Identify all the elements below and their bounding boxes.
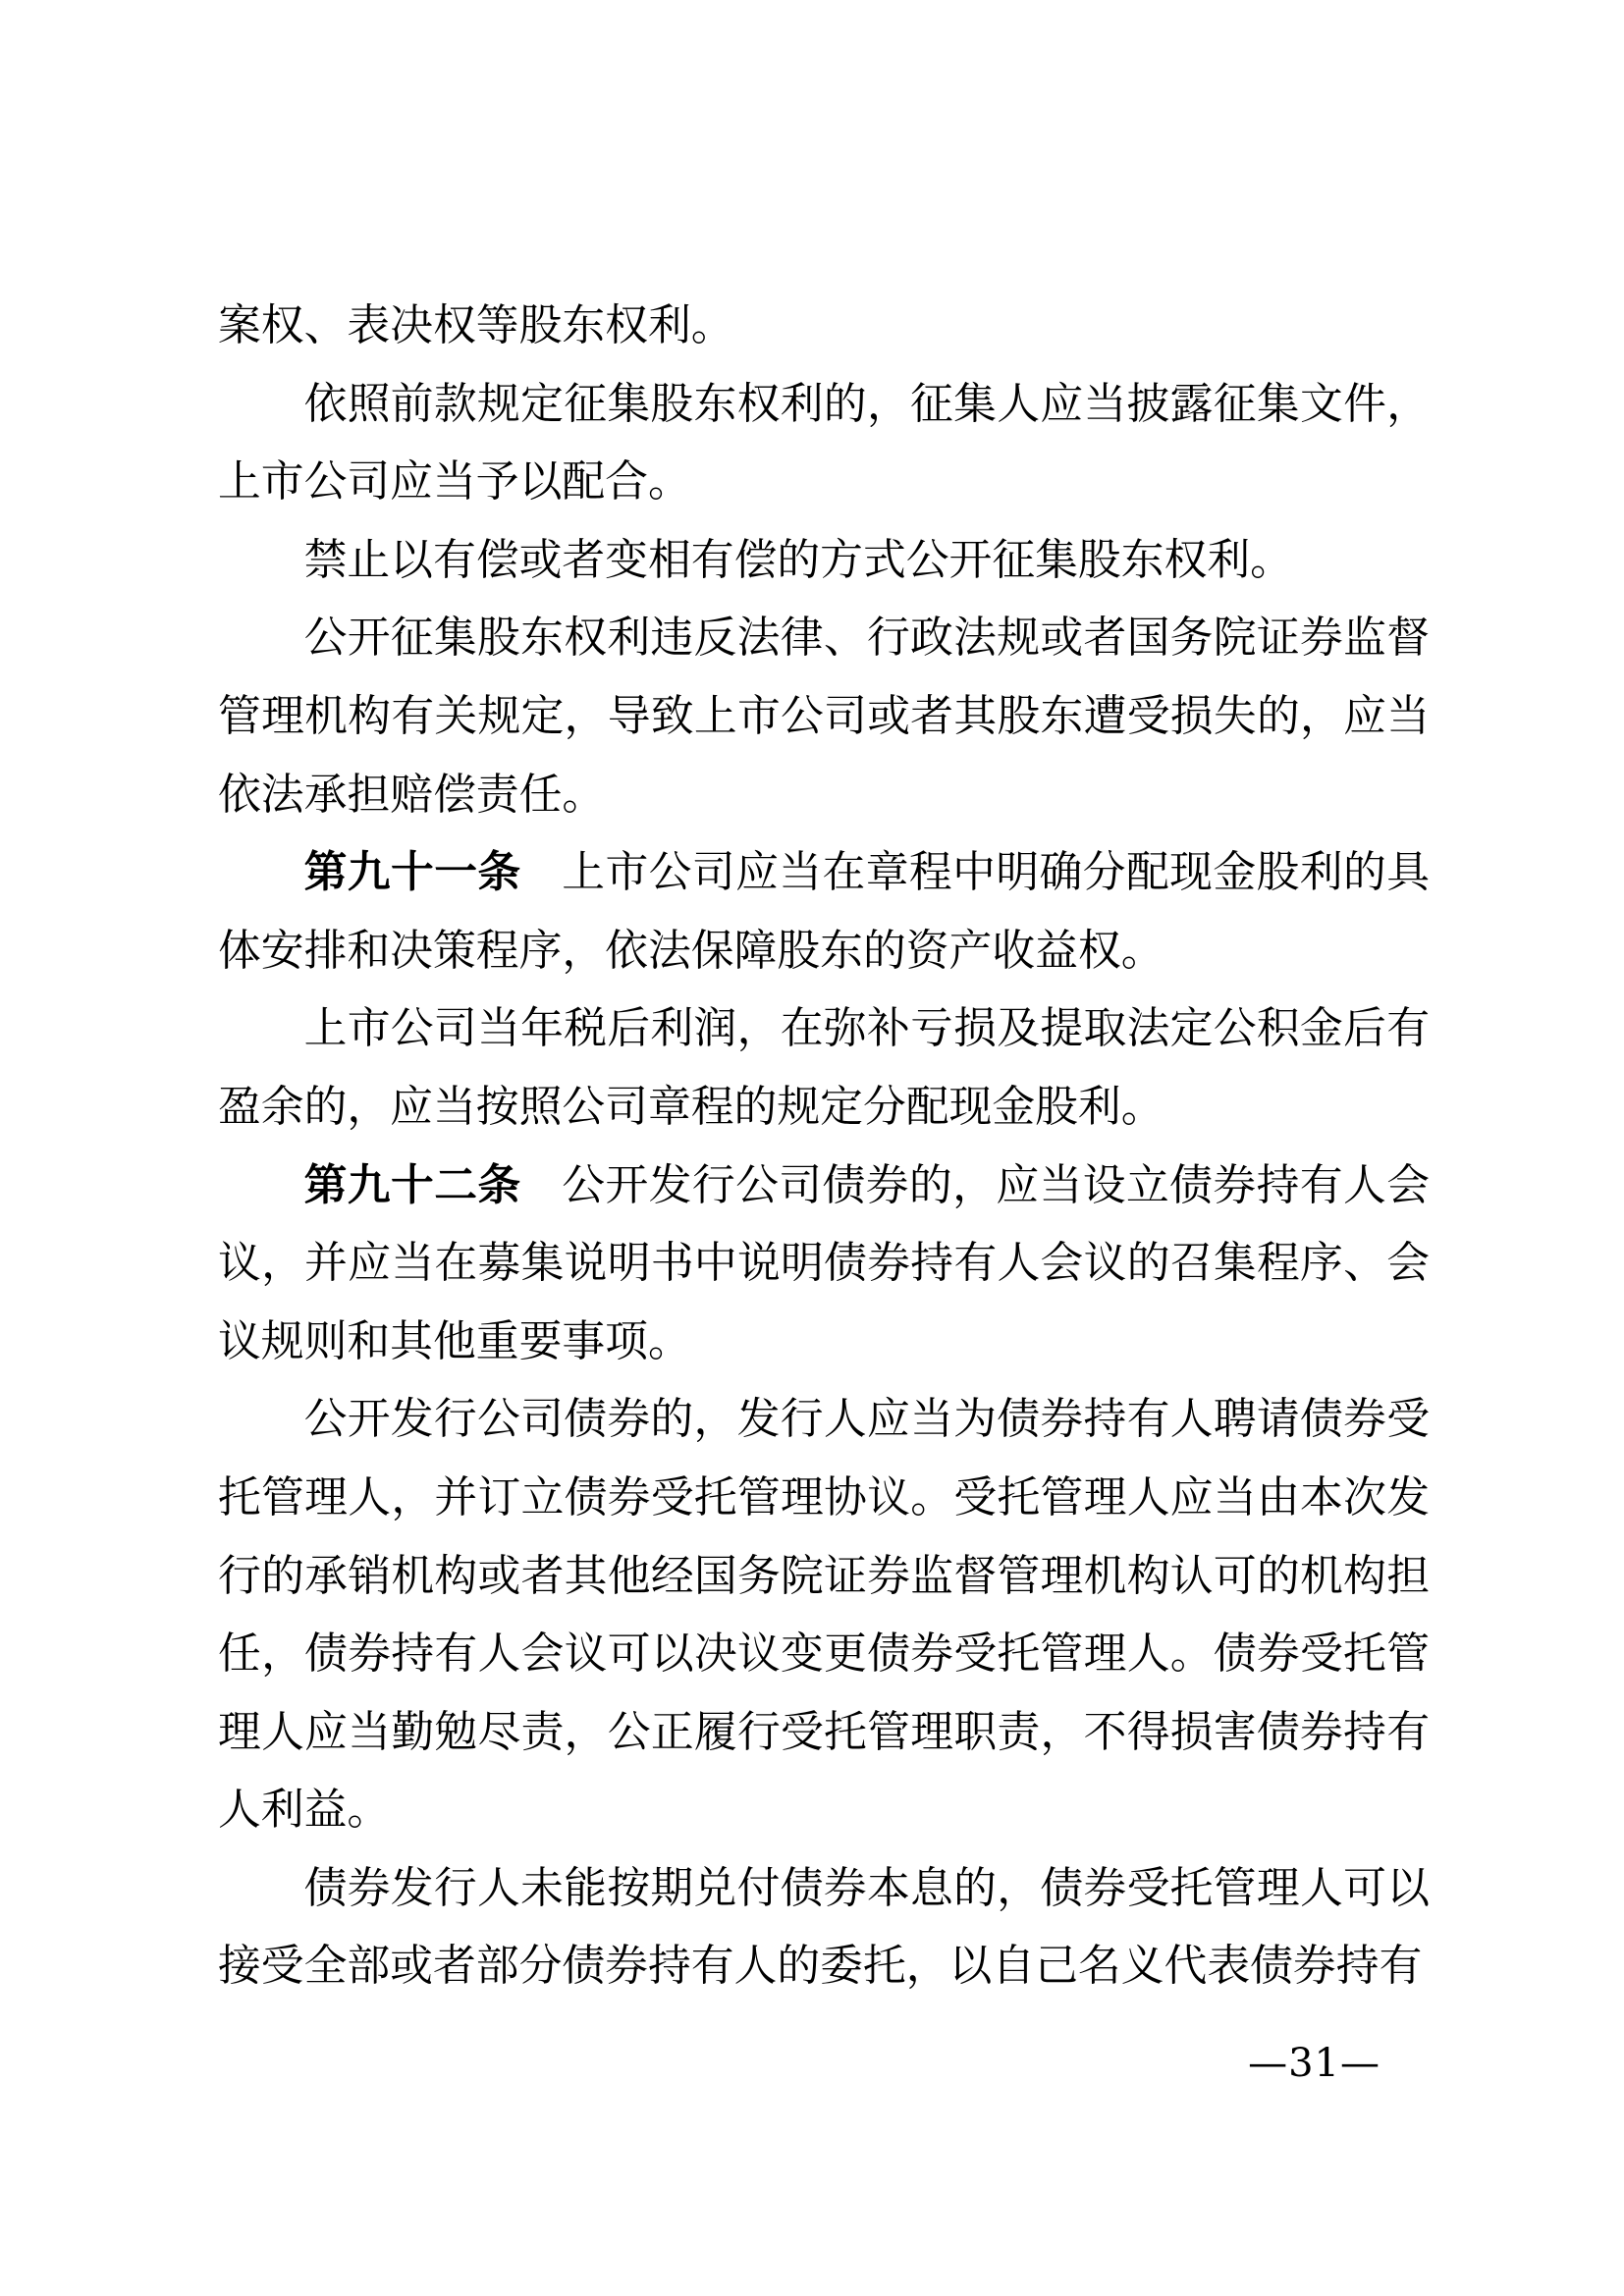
page-number: —31— xyxy=(1248,2040,1380,2087)
paragraph-article-91: 第九十一条上市公司应当在章程中明确分配现金股利的具体安排和决策程序，依法保障股东… xyxy=(218,833,1430,989)
article-number: 第九十一条 xyxy=(304,847,521,897)
paragraph: 上市公司当年税后利润，在弥补亏损及提取法定公积金后有盈余的，应当按照公司章程的规… xyxy=(218,989,1430,1146)
paragraph-text: 禁止以有偿或者变相有偿的方式公开征集股东权利。 xyxy=(304,535,1293,585)
article-number: 第九十二条 xyxy=(304,1160,521,1210)
paragraph-text: 依照前款规定征集股东权利的，征集人应当披露征集文件，上市公司应当予以配合。 xyxy=(218,379,1430,507)
paragraph: 公开发行公司债券的，发行人应当为债券持有人聘请债券受托管理人，并订立债券受托管理… xyxy=(218,1380,1430,1849)
paragraph-text: 上市公司当年税后利润，在弥补亏损及提取法定公积金后有盈余的，应当按照公司章程的规… xyxy=(218,1003,1430,1132)
paragraph: 禁止以有偿或者变相有偿的方式公开征集股东权利。 xyxy=(218,521,1430,600)
paragraph: 案权、表决权等股东权利。 xyxy=(218,287,1430,365)
paragraph-article-92: 第九十二条公开发行公司债券的，应当设立债券持有人会议，并应当在募集说明书中说明债… xyxy=(218,1147,1430,1381)
document-page: 案权、表决权等股东权利。 依照前款规定征集股东权利的，征集人应当披露征集文件，上… xyxy=(0,0,1624,2296)
paragraph-text: 债券发行人未能按期兑付债券本息的，债券受托管理人可以接受全部或者部分债券持有人的… xyxy=(218,1863,1430,1992)
paragraph-text: 公开征集股东权利违反法律、行政法规或者国务院证券监督管理机构有关规定，导致上市公… xyxy=(218,613,1430,819)
document-body: 案权、表决权等股东权利。 依照前款规定征集股东权利的，征集人应当披露征集文件，上… xyxy=(218,287,1430,2005)
paragraph: 债券发行人未能按期兑付债券本息的，债券受托管理人可以接受全部或者部分债券持有人的… xyxy=(218,1849,1430,2005)
paragraph: 依照前款规定征集股东权利的，征集人应当披露征集文件，上市公司应当予以配合。 xyxy=(218,365,1430,521)
paragraph-text: 公开发行公司债券的，发行人应当为债券持有人聘请债券受托管理人，并订立债券受托管理… xyxy=(218,1394,1430,1835)
paragraph-text: 案权、表决权等股东权利。 xyxy=(218,300,734,350)
paragraph: 公开征集股东权利违反法律、行政法规或者国务院证券监督管理机构有关规定，导致上市公… xyxy=(218,599,1430,833)
